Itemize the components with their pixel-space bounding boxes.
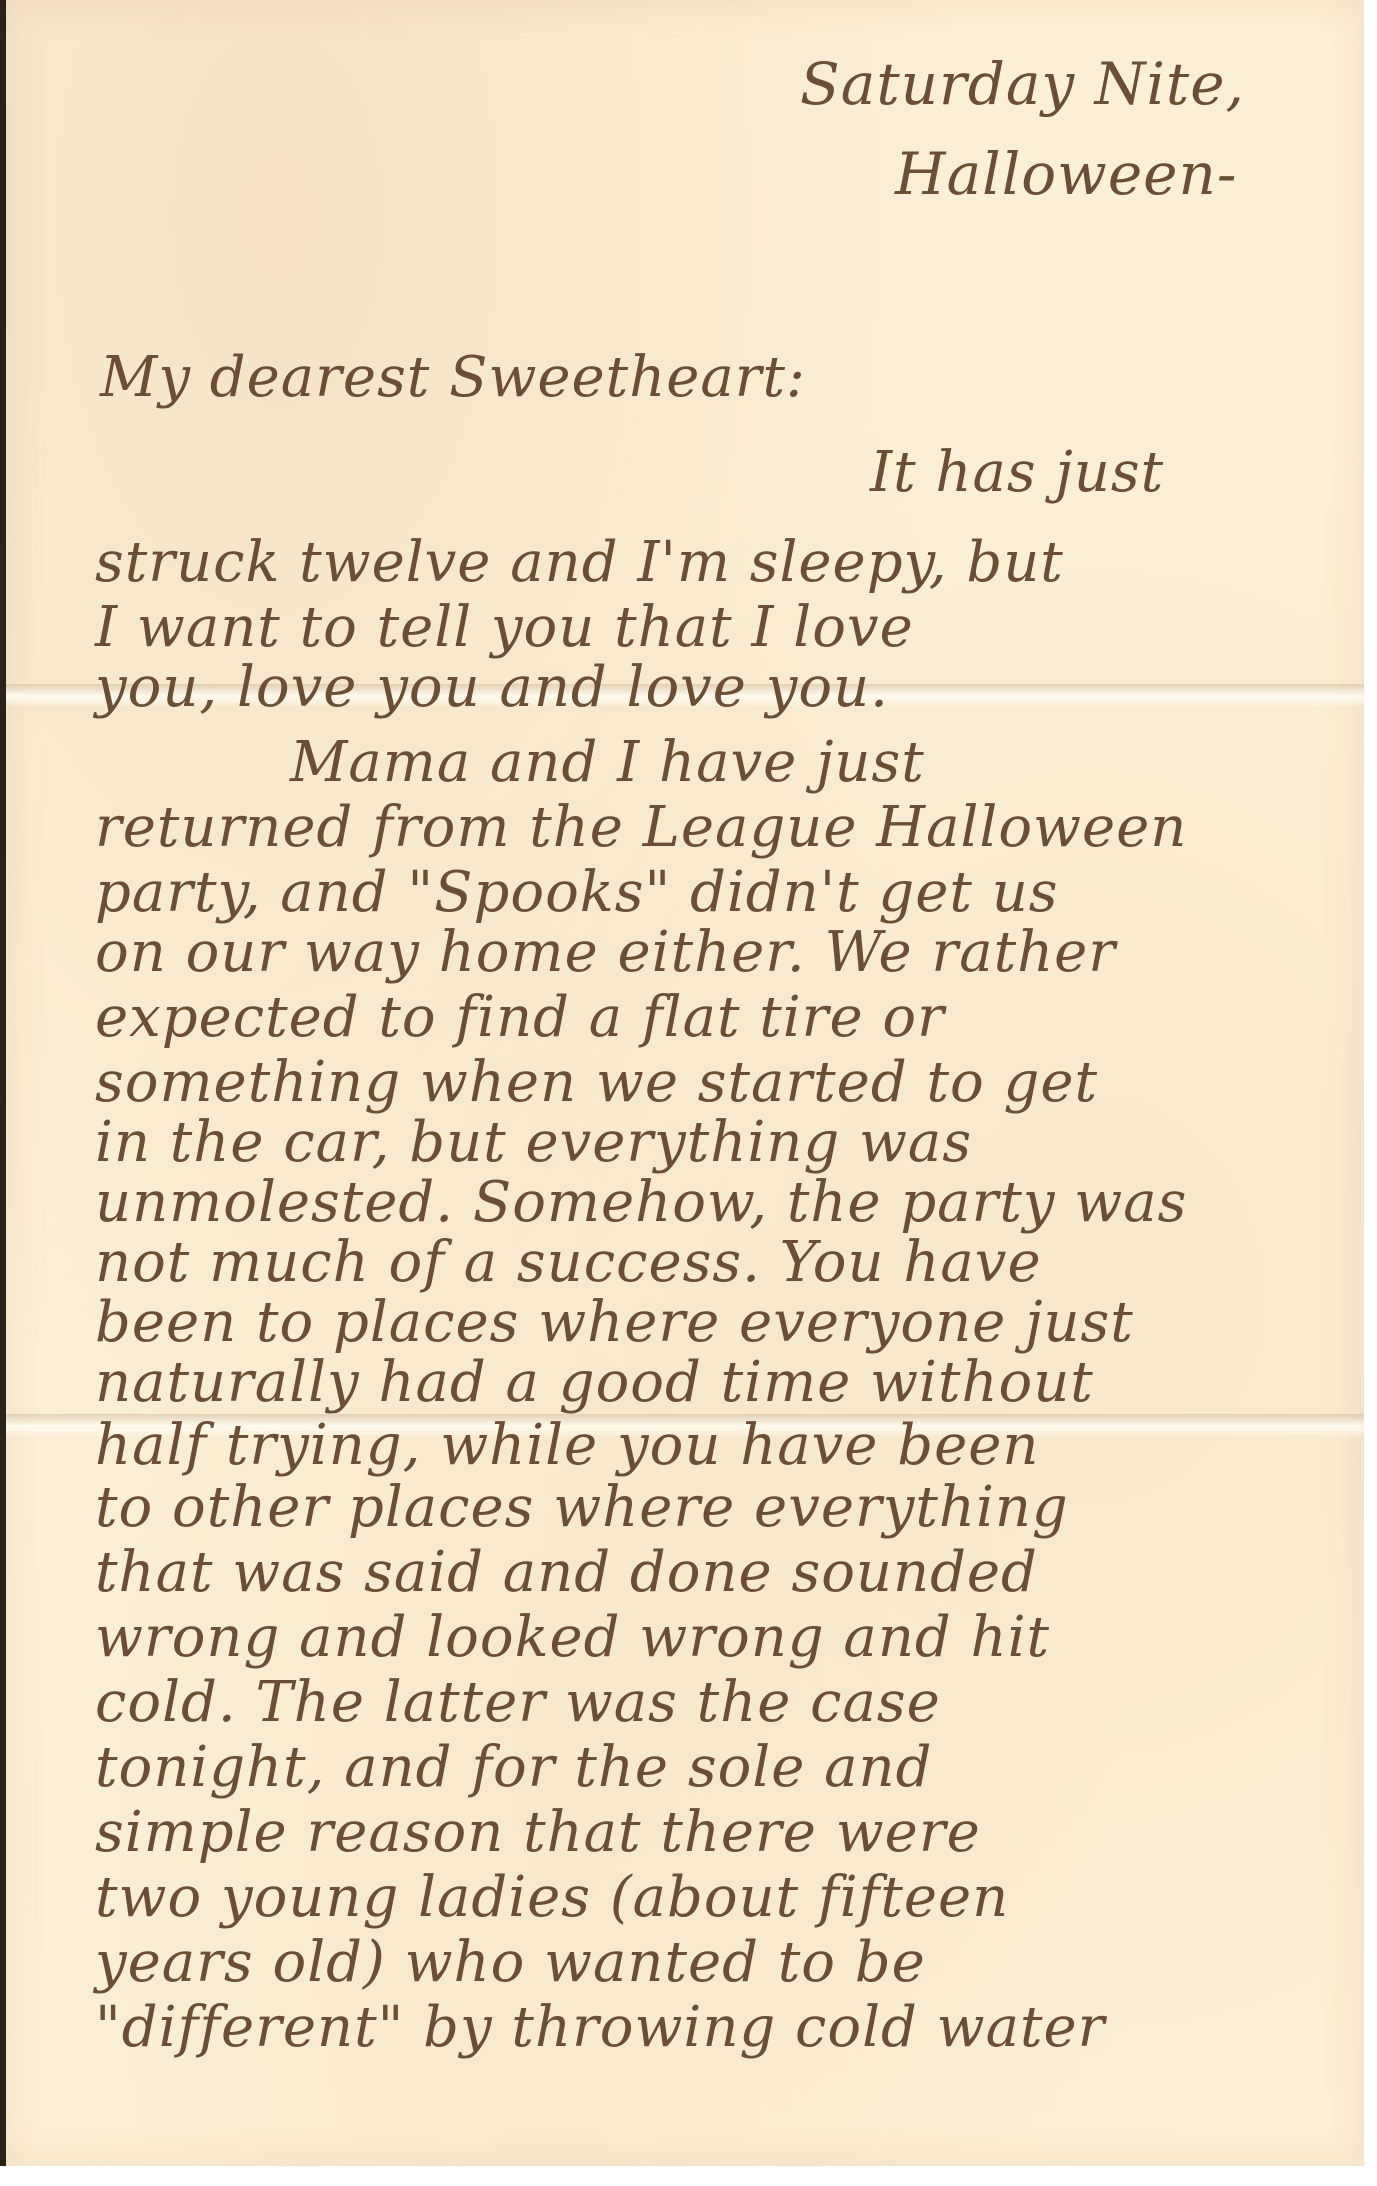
letter-line: been to places where everyone just <box>95 1295 1134 1351</box>
letter-line: "different" by throwing cold water <box>95 2000 1105 2056</box>
letter-line: half trying, while you have been <box>95 1418 1039 1474</box>
scan-background <box>0 2166 1377 2186</box>
letter-line: in the car, but everything was <box>95 1115 972 1171</box>
letter-line: simple reason that there were <box>95 1805 981 1861</box>
letter-line: tonight, and for the sole and <box>95 1740 932 1796</box>
letter-line: wrong and looked wrong and hit <box>95 1610 1050 1666</box>
letter-line: returned from the League Halloween <box>95 800 1187 856</box>
letter-line: struck twelve and I'm sleepy, but <box>95 535 1064 591</box>
dateline-day: Saturday Nite, <box>800 55 1245 113</box>
letter-line: party, and "Spooks" didn't get us <box>95 865 1059 921</box>
letter-line: unmolested. Somehow, the party was <box>95 1175 1187 1231</box>
letter-line: something when we started to get <box>95 1055 1098 1111</box>
letter-line: you, love you and love you. <box>95 660 889 716</box>
letter-line: expected to find a flat tire or <box>95 990 945 1046</box>
letter-line: I want to tell you that I love <box>95 600 914 656</box>
letter-line: cold. The latter was the case <box>95 1675 941 1731</box>
letter-line: to other places where everything <box>95 1480 1069 1536</box>
letter-line: that was said and done sounded <box>95 1545 1038 1601</box>
letter-line: Mama and I have just <box>290 735 925 791</box>
letter-line: naturally had a good time without <box>95 1355 1094 1411</box>
letter-line: years old) who wanted to be <box>95 1935 926 1991</box>
letter-line: It has just <box>870 445 1164 501</box>
letter-line: on our way home either. We rather <box>95 925 1116 981</box>
letter-line: two young ladies (about fifteen <box>95 1870 1009 1926</box>
salutation: My dearest Sweetheart: <box>100 350 806 406</box>
letter-line: not much of a success. You have <box>95 1235 1042 1291</box>
dateline-occasion: Halloween- <box>895 145 1237 203</box>
